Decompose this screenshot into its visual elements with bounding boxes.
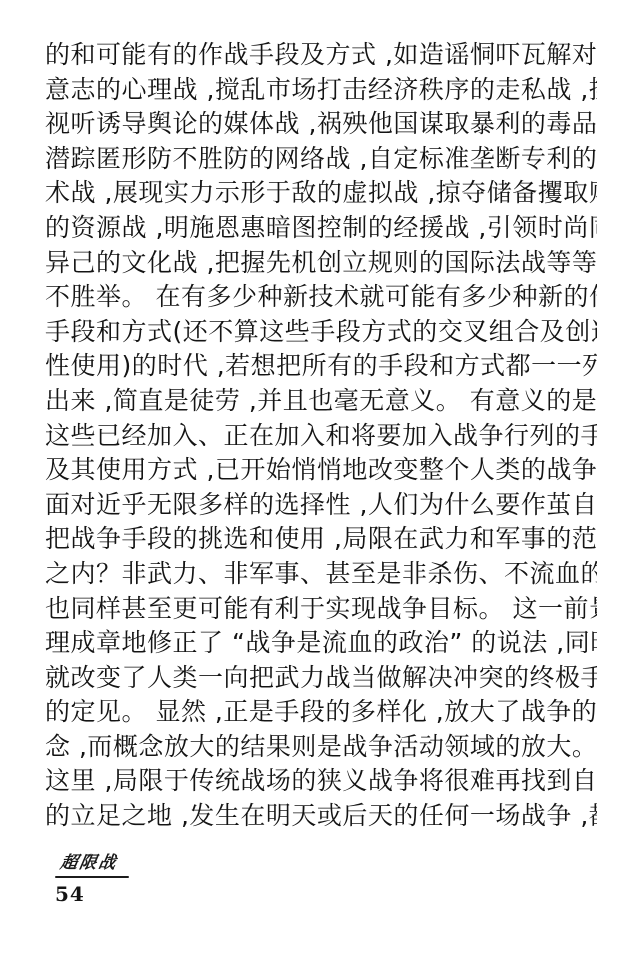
text-line: 视听诱导舆论的媒体战 ,祸殃他国谋取暴利的毒品战 , — [45, 107, 597, 142]
text-line: 不胜举。 在有多少种新技术就可能有多少种新的作战 — [45, 280, 597, 315]
text-line: 念 ,而概念放大的结果则是战争活动领域的放大。 在 — [45, 730, 597, 765]
footer-rule — [55, 876, 129, 878]
text-line: 这些已经加入、正在加入和将要加入战争行列的手段 — [45, 419, 597, 454]
text-line: 意志的心理战 ,搅乱市场打击经济秩序的走私战 ,操纵 — [45, 73, 597, 108]
text-line: 手段和方式(还不算这些手段方式的交叉组合及创造 — [45, 315, 597, 350]
text-line: 面对近乎无限多样的选择性 ,人们为什么要作茧自缚 , — [45, 488, 597, 523]
text-line: 术战 ,展现实力示形于敌的虚拟战 ,掠夺储备攫取财富 — [45, 176, 597, 211]
page-footer: 超限战 54 — [55, 848, 129, 906]
text-line: 的定见。 显然 ,正是手段的多样化 ,放大了战争的概 — [45, 695, 597, 730]
text-line: 的立足之地 ,发生在明天或后天的任何一场战争 ,都将 — [45, 799, 597, 834]
text-line: 也同样甚至更可能有利于实现战争目标。 这一前景顺 — [45, 592, 597, 627]
text-line: 理成章地修正了 “战争是流血的政治” 的说法 ,同时也 — [45, 626, 597, 661]
text-line: 的资源战 ,明施恩惠暗图控制的经援战 ,引领时尚同化 — [45, 211, 597, 246]
page-number: 54 — [55, 882, 129, 906]
text-line: 性使用)的时代 ,若想把所有的手段和方式都一一列举 — [45, 349, 597, 384]
text-line: 就改变了人类一向把武力战当做解决冲突的终极手段 — [45, 661, 597, 696]
book-page: 的和可能有的作战手段及方式 ,如造谣恫吓瓦解对方 意志的心理战 ,搅乱市场打击经… — [0, 0, 640, 953]
text-line: 异己的文化战 ,把握先机创立规则的国际法战等等 ,举 — [45, 246, 597, 281]
text-line: 潜踪匿形防不胜防的网络战 ,自定标准垄断专利的技 — [45, 142, 597, 177]
text-line: 之内？非武力、非军事、甚至是非杀伤、不流血的方式 — [45, 557, 597, 592]
text-line: 的和可能有的作战手段及方式 ,如造谣恫吓瓦解对方 — [45, 38, 597, 73]
text-line: 这里 ,局限于传统战场的狭义战争将很难再找到自己 — [45, 764, 597, 799]
text-line: 把战争手段的挑选和使用 ,局限在武力和军事的范围 — [45, 522, 597, 557]
text-line: 出来 ,简直是徒劳 ,并且也毫无意义。 有意义的是所有 — [45, 384, 597, 419]
book-title-footer: 超限战 — [53, 848, 120, 873]
body-text: 的和可能有的作战手段及方式 ,如造谣恫吓瓦解对方 意志的心理战 ,搅乱市场打击经… — [45, 38, 597, 834]
text-line: 及其使用方式 ,已开始悄悄地改变整个人类的战争观： — [45, 453, 597, 488]
